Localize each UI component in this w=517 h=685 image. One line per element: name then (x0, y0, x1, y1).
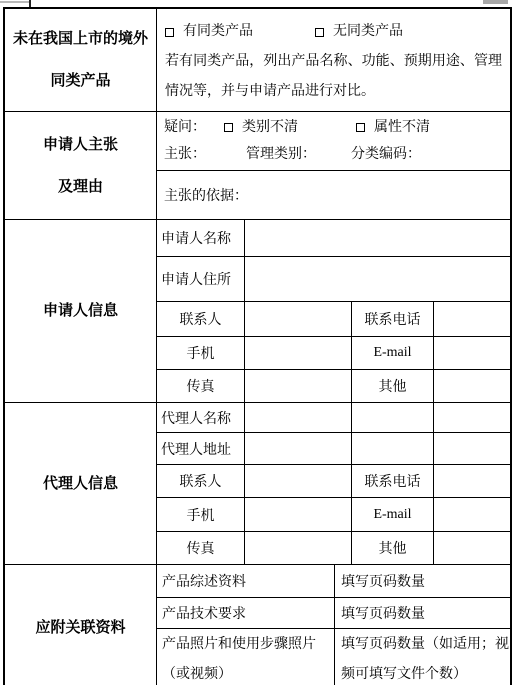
overseas-similar-content-cell: 有同类产品 无同类产品 若有同类产品，列出产品名称、功能、预期用途、管理情况等，… (157, 9, 510, 111)
applicant-email-label: E-mail (352, 337, 434, 369)
agent-address-extra-cell[interactable] (352, 433, 434, 464)
doc-tech-requirements-pages-cell[interactable]: 填写页码数量 (335, 598, 510, 628)
row-header-agent-info: 代理人信息 (5, 403, 157, 564)
claim-basis-row: 主张的依据： (157, 171, 510, 219)
table-row: 申请人住所 (157, 257, 510, 302)
claim-options-row: 疑问： 类别不清 属性不清 主张： 管理 (157, 112, 510, 171)
agent-fax-label: 传真 (157, 532, 245, 564)
scan-artifact-left-line (0, 1, 31, 3)
table-row: 联系人 联系电话 (157, 465, 510, 498)
applicant-contact-label: 联系人 (157, 302, 245, 336)
similar-products-note: 若有同类产品，列出产品名称、功能、预期用途、管理情况等，并与申请产品进行对比。 (165, 47, 502, 107)
table-row: 产品技术要求 填写页码数量 (157, 598, 510, 629)
claim-basis-cell[interactable]: 主张的依据： (157, 171, 510, 219)
doc-tech-requirements-label: 产品技术要求 (157, 598, 335, 628)
row-header-applicant-claim: 申请人主张 及理由 (5, 112, 157, 219)
agent-other-input[interactable] (434, 532, 510, 564)
table-row: 手机 E-mail (157, 337, 510, 370)
classification-code-label: 分类编码： (351, 141, 421, 168)
agent-address-label: 代理人地址 (157, 433, 245, 464)
application-form-table: 未在我国上市的境外 同类产品 有同类产品 无同类产品 (3, 7, 512, 685)
section-attached-documents: 应附关联资料 产品综述资料 填写页码数量 产品技术要求 填写页码数量 产品照片和… (5, 565, 510, 685)
section-applicant-claim: 申请人主张 及理由 疑问： 类别不清 属 (5, 112, 510, 220)
table-row: 产品照片和使用步骤照片（或视频） 填写页码数量（如适用；视频可填写文件个数） (157, 629, 510, 685)
table-row: 传真 其他 (157, 370, 510, 402)
section-applicant-info: 申请人信息 申请人名称 申请人住所 联系人 联系电话 手机 (5, 220, 510, 403)
checkbox-icon[interactable] (315, 28, 324, 37)
doubt-label: 疑问： (164, 114, 206, 141)
applicant-contact-input[interactable] (245, 302, 352, 336)
agent-telephone-label: 联系电话 (352, 465, 434, 497)
option-category-unclear[interactable]: 类别不清 (224, 114, 298, 141)
checkbox-icon[interactable] (224, 123, 233, 132)
claim-label: 主张： (164, 141, 206, 168)
applicant-email-input[interactable] (434, 337, 510, 369)
doc-overview-pages-cell[interactable]: 填写页码数量 (335, 565, 510, 597)
header-line: 及理由 (58, 166, 103, 208)
applicant-address-label: 申请人住所 (157, 257, 245, 301)
header-line: 应附关联资料 (35, 607, 125, 649)
agent-email-input[interactable] (434, 498, 510, 531)
header-line: 同类产品 (50, 60, 110, 102)
option-label: 无同类产品 (333, 17, 403, 47)
table-row: 代理人地址 (157, 433, 510, 465)
agent-name-extra-cell2[interactable] (434, 403, 510, 432)
table-row: 产品综述资料 填写页码数量 (157, 565, 510, 598)
section-agent-info: 代理人信息 代理人名称 代理人地址 联系人 联系 (5, 403, 510, 565)
row-header-overseas-similar: 未在我国上市的境外 同类产品 (5, 9, 157, 111)
header-line: 未在我国上市的境外 (13, 18, 148, 60)
option-has-similar[interactable]: 有同类产品 (165, 17, 253, 47)
table-row: 联系人 联系电话 (157, 302, 510, 337)
agent-mobile-label: 手机 (157, 498, 245, 531)
agent-name-extra-cell[interactable] (352, 403, 434, 432)
agent-address-extra-cell2[interactable] (434, 433, 510, 464)
table-row: 手机 E-mail (157, 498, 510, 532)
header-line: 申请人信息 (43, 290, 118, 332)
agent-name-label: 代理人名称 (157, 403, 245, 432)
applicant-telephone-label: 联系电话 (352, 302, 434, 336)
form-page: 未在我国上市的境外 同类产品 有同类产品 无同类产品 (0, 0, 517, 685)
agent-email-label: E-mail (352, 498, 434, 531)
agent-name-input[interactable] (245, 403, 352, 432)
option-label: 属性不清 (374, 114, 430, 141)
header-line: 代理人信息 (43, 463, 118, 505)
applicant-other-input[interactable] (434, 370, 510, 402)
doc-photos-label: 产品照片和使用步骤照片（或视频） (157, 629, 335, 685)
agent-contact-input[interactable] (245, 465, 352, 497)
claim-basis-label: 主张的依据： (164, 185, 248, 205)
option-label: 有同类产品 (183, 17, 253, 47)
applicant-other-label: 其他 (352, 370, 434, 402)
scan-artifact-right-bar (483, 0, 508, 4)
table-row: 代理人名称 (157, 403, 510, 433)
table-row: 传真 其他 (157, 532, 510, 564)
management-category-label: 管理类别： (246, 141, 316, 168)
applicant-address-input[interactable] (245, 257, 510, 301)
option-attribute-unclear[interactable]: 属性不清 (356, 114, 430, 141)
agent-other-label: 其他 (352, 532, 434, 564)
doc-overview-label: 产品综述资料 (157, 565, 335, 597)
applicant-fax-label: 传真 (157, 370, 245, 402)
applicant-fax-input[interactable] (245, 370, 352, 402)
agent-fax-input[interactable] (245, 532, 352, 564)
row-header-attached-documents: 应附关联资料 (5, 565, 157, 685)
table-row: 申请人名称 (157, 220, 510, 257)
applicant-mobile-label: 手机 (157, 337, 245, 369)
doc-photos-pages-cell[interactable]: 填写页码数量（如适用；视频可填写文件个数） (335, 629, 510, 685)
row-header-applicant-info: 申请人信息 (5, 220, 157, 402)
agent-telephone-input[interactable] (434, 465, 510, 497)
checkbox-icon[interactable] (356, 123, 365, 132)
header-line: 申请人主张 (43, 124, 118, 166)
agent-mobile-input[interactable] (245, 498, 352, 531)
checkbox-icon[interactable] (165, 28, 174, 37)
section-overseas-similar-products: 未在我国上市的境外 同类产品 有同类产品 无同类产品 (5, 9, 510, 112)
option-label: 类别不清 (242, 114, 298, 141)
applicant-telephone-input[interactable] (434, 302, 510, 336)
option-no-similar[interactable]: 无同类产品 (315, 17, 403, 47)
applicant-name-input[interactable] (245, 220, 510, 256)
agent-contact-label: 联系人 (157, 465, 245, 497)
agent-address-input[interactable] (245, 433, 352, 464)
applicant-mobile-input[interactable] (245, 337, 352, 369)
applicant-name-label: 申请人名称 (157, 220, 245, 256)
